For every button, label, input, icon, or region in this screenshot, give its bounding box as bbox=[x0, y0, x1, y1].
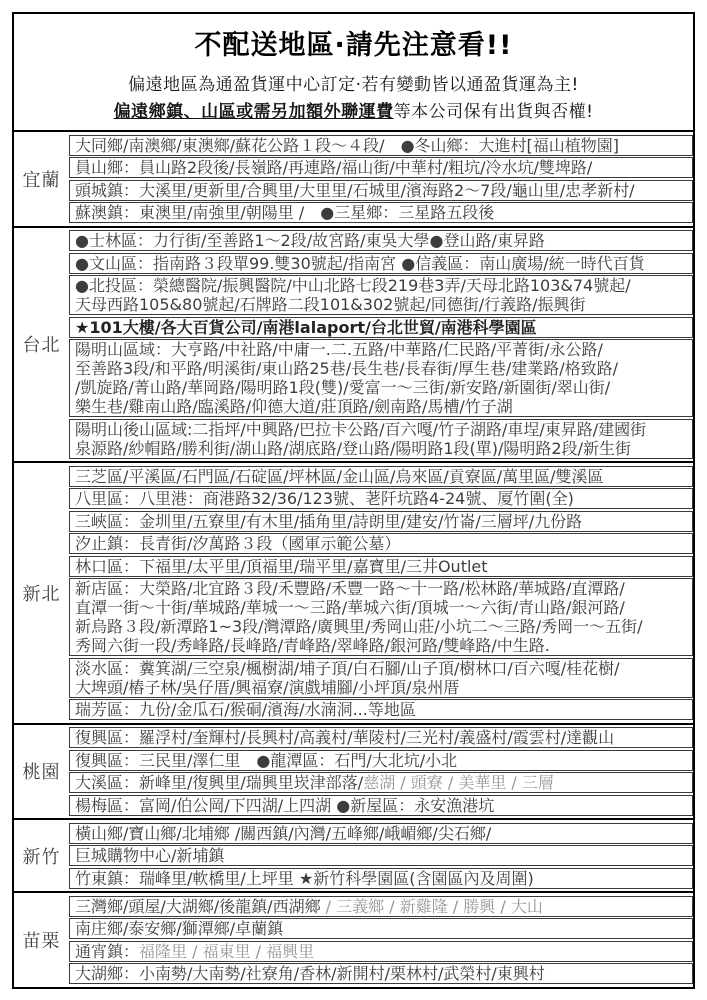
region-section: 新竹橫山鄉/寶山鄉/北埔鄉 /關西鎮/內灣/五峰鄉/峨嵋鄉/尖石鄉/巨城購物中心… bbox=[14, 820, 693, 893]
area-text: 復興區：羅浮村/奎輝村/長興村/高義村/華陵村/三光村/義盛村/霞雲村/達觀山 bbox=[75, 728, 614, 747]
area-text: 南庄鄉/泰安鄉/獅潭鄉/卓蘭鎮 bbox=[75, 919, 283, 938]
area-cell: 巨城購物中心/新埔鎮 bbox=[69, 845, 693, 866]
area-line: 大同鄉/南澳鄉/東澳鄉/蘇花公路１段～４段/ ●冬山鄉：大進村[福山植物園] bbox=[75, 136, 687, 155]
area-cell: 復興區：三民里/澤仁里 ●龍潭區：石門/大北坑/小北 bbox=[69, 750, 693, 771]
region-section: 新北三芝區/平溪區/石門區/石碇區/坪林區/金山區/烏來區/貢寮區/萬里區/雙溪… bbox=[14, 463, 693, 725]
area-text: / 三義鄉 / 新雞隆 / 勝興 / 大山 bbox=[321, 897, 543, 916]
area-cell: 新店區：大榮路/北宜路３段/禾豐路/禾豐一路～十一路/松林路/華城路/直潭路/直… bbox=[69, 578, 693, 656]
region-area-list: ●士林區：力行街/至善路1～2段/故宮路/東吳大學●登山路/東昇路●文山區：指南… bbox=[69, 228, 693, 462]
region-name: 桃園 bbox=[14, 725, 69, 819]
area-text: ●士林區：力行街/至善路1～2段/故宮路/東吳大學●登山路/東昇路 bbox=[75, 231, 545, 250]
area-cell: 楊梅區：富岡/伯公岡/下四湖/上四湖 ●新屋區：永安漁港坑 bbox=[69, 795, 693, 816]
area-text: 復興區：三民里/澤仁里 ●龍潭區：石門/大北坑/小北 bbox=[75, 751, 457, 770]
area-text: 福隆里 / 福東里 / 福興里 bbox=[139, 942, 314, 961]
non-delivery-table: 宜蘭大同鄉/南澳鄉/東澳鄉/蘇花公路１段～４段/ ●冬山鄉：大進村[福山植物園]… bbox=[14, 132, 693, 987]
area-line: 大埤頭/樁子林/吳仔厝/興福寮/演戲埔腳/小坪頂/泉州厝 bbox=[75, 678, 687, 697]
area-text: /凱旋路/菁山路/華岡路/陽明路1段(雙)/愛富一～三街/新安路/新園街/翠山街… bbox=[75, 378, 610, 397]
area-cell: 陽明山區域：大亨路/中社路/中庸一.二.五路/中華路/仁民路/平菁街/永公路/至… bbox=[69, 339, 693, 417]
area-cell: 三芝區/平溪區/石門區/石碇區/坪林區/金山區/烏來區/貢寮區/萬里區/雙溪區 bbox=[69, 466, 693, 487]
region-area-list: 三灣鄉/頭屋/大湖鄉/後龍鎮/西湖鄉 / 三義鄉 / 新雞隆 / 勝興 / 大山… bbox=[69, 893, 693, 987]
area-cell: 淡水區：糞箕湖/三空泉/楓樹湖/埔子頂/白石腳/山子頂/樹林口/百六嘎/桂花樹/… bbox=[69, 658, 693, 698]
area-line: 至善路3段/和平路/明溪街/東山路25巷/長生巷/長春街/厚生巷/建業路/格致路… bbox=[75, 359, 687, 378]
area-text: 蘇澳鎮：東澳里/南強里/朝陽里 / ●三星鄉：三星路五段後 bbox=[75, 203, 494, 222]
region-name: 台北 bbox=[14, 228, 69, 462]
area-line: 林口區：下福里/太平里/頂福里/瑞平里/嘉寶里/三井Outlet bbox=[75, 557, 687, 576]
area-text: 秀岡六街一段/秀峰路/長峰路/青峰路/翠峰路/銀河路/雙峰路/中生路. bbox=[75, 636, 550, 655]
area-cell: 頭城鎮：大溪里/更新里/合興里/大里里/石城里/濱海路2～7段/龜山里/忠孝新村… bbox=[69, 180, 693, 201]
non-delivery-notice-sheet: 不配送地區·請先注意看!! 偏遠地區為通盈貨運中心訂定·若有變動皆以通盈貨運為主… bbox=[12, 12, 695, 989]
area-line: 頭城鎮：大溪里/更新里/合興里/大里里/石城里/濱海路2～7段/龜山里/忠孝新村… bbox=[75, 181, 687, 200]
area-text: 瑞芳區：九份/金瓜石/猴硐/濱海/水湳洞...等地區 bbox=[75, 700, 416, 719]
region-area-list: 大同鄉/南澳鄉/東澳鄉/蘇花公路１段～４段/ ●冬山鄉：大進村[福山植物園]員山… bbox=[69, 132, 693, 226]
area-cell: 竹東鎮：瑞峰里/軟橋里/上坪里 ★新竹科學園區(含園區內及周圍) bbox=[69, 868, 693, 889]
area-cell: 蘇澳鎮：東澳里/南強里/朝陽里 / ●三星鄉：三星路五段後 bbox=[69, 202, 693, 223]
area-line: 蘇澳鎮：東澳里/南強里/朝陽里 / ●三星鄉：三星路五段後 bbox=[75, 203, 687, 222]
area-line: 橫山鄉/寶山鄉/北埔鄉 /關西鎮/內灣/五峰鄉/峨嵋鄉/尖石鄉/ bbox=[75, 824, 687, 843]
area-line: ●北投區：榮總醫院/振興醫院/中山北路七段219巷3弄/天母北路103&74號起… bbox=[75, 276, 687, 295]
area-text: 橫山鄉/寶山鄉/北埔鄉 /關西鎮/內灣/五峰鄉/峨嵋鄉/尖石鄉/ bbox=[75, 824, 491, 843]
area-text: 至善路3段/和平路/明溪街/東山路25巷/長生巷/長春街/厚生巷/建業路/格致路… bbox=[75, 359, 618, 378]
area-text: 三峽區：金圳里/五寮里/有木里/插角里/詩朗里/建安/竹崙/三層坪/九份路 bbox=[75, 512, 582, 531]
area-line: 楊梅區：富岡/伯公岡/下四湖/上四湖 ●新屋區：永安漁港坑 bbox=[75, 796, 687, 815]
region-name: 新北 bbox=[14, 463, 69, 723]
area-text: 楊梅區：富岡/伯公岡/下四湖/上四湖 ●新屋區：永安漁港坑 bbox=[75, 796, 494, 815]
area-line: 陽明山區域：大亨路/中社路/中庸一.二.五路/中華路/仁民路/平菁街/永公路/ bbox=[75, 340, 687, 359]
area-cell: ●士林區：力行街/至善路1～2段/故宮路/東吳大學●登山路/東昇路 bbox=[69, 230, 693, 251]
area-cell: 大湖鄉：小南勢/大南勢/社寮角/香林/新開村/栗林村/武榮村/東興村 bbox=[69, 963, 693, 984]
area-text: 三灣鄉/頭屋/大湖鄉/後龍鎮/西湖鄉 bbox=[75, 897, 321, 916]
area-line: 復興區：三民里/澤仁里 ●龍潭區：石門/大北坑/小北 bbox=[75, 751, 687, 770]
area-line: 天母西路105&80號起/石牌路二段101&302號起/同德街/行義路/振興街 bbox=[75, 295, 687, 314]
region-section: 宜蘭大同鄉/南澳鄉/東澳鄉/蘇花公路１段～４段/ ●冬山鄉：大進村[福山植物園]… bbox=[14, 132, 693, 228]
area-text: ★101大樓/各大百貨公司/南港lalaport/台北世貿/南港科學園區 bbox=[75, 318, 537, 337]
area-line: 新烏路３段/新潭路1~3段/灣潭路/廣興里/秀岡山莊/小坑二～三路/秀岡一～五街… bbox=[75, 617, 687, 636]
region-area-list: 三芝區/平溪區/石門區/石碇區/坪林區/金山區/烏來區/貢寮區/萬里區/雙溪區八… bbox=[69, 463, 693, 723]
area-line: 復興區：羅浮村/奎輝村/長興村/高義村/華陵村/三光村/義盛村/霞雲村/達觀山 bbox=[75, 728, 687, 747]
area-line: 八里區：八里港：商港路32/36/123號、荖阡坑路4-24號、厦竹圍(全) bbox=[75, 489, 687, 508]
region-name: 宜蘭 bbox=[14, 132, 69, 226]
area-line: 陽明山後山區域:二指坪/中興路/巴拉卡公路/百六嘎/竹子湖路/車埕/東昇路/建國… bbox=[75, 420, 687, 439]
area-cell: ●文山區：指南路３段單99.雙30號起/指南宮 ●信義區：南山廣場/統一時代百貨 bbox=[69, 253, 693, 274]
area-text: ●文山區：指南路３段單99.雙30號起/指南宮 ●信義區：南山廣場/統一時代百貨 bbox=[75, 254, 645, 273]
area-line: 汐止鎮：長青街/汐萬路３段（國軍示範公墓） bbox=[75, 534, 687, 553]
area-line: 直潭一街～十街/華城路/華城一～三路/華城六街/頂城一～六街/青山路/銀河路/ bbox=[75, 598, 687, 617]
area-line: ●士林區：力行街/至善路1～2段/故宮路/東吳大學●登山路/東昇路 bbox=[75, 231, 687, 250]
area-text: 汐止鎮：長青街/汐萬路３段（國軍示範公墓） bbox=[75, 534, 400, 553]
region-section: 苗栗三灣鄉/頭屋/大湖鄉/後龍鎮/西湖鄉 / 三義鄉 / 新雞隆 / 勝興 / … bbox=[14, 893, 693, 987]
area-line: 大湖鄉：小南勢/大南勢/社寮角/香林/新開村/栗林村/武榮村/東興村 bbox=[75, 964, 687, 983]
area-cell: ●北投區：榮總醫院/振興醫院/中山北路七段219巷3弄/天母北路103&74號起… bbox=[69, 275, 693, 315]
area-line: 新店區：大榮路/北宜路３段/禾豐路/禾豐一路～十一路/松林路/華城路/直潭路/ bbox=[75, 579, 687, 598]
area-text: 大同鄉/南澳鄉/東澳鄉/蘇花公路１段～４段/ ●冬山鄉：大進村[福山植物園] bbox=[75, 136, 619, 155]
area-line: 三芝區/平溪區/石門區/石碇區/坪林區/金山區/烏來區/貢寮區/萬里區/雙溪區 bbox=[75, 467, 687, 486]
area-text: 員山鄉：員山路2段後/長嶺路/再連路/福山街/中華村/粗坑/冷水坑/雙埤路/ bbox=[75, 158, 592, 177]
area-text: 慈湖 / 頭寮 / 美華里 / 三層 bbox=[363, 773, 554, 792]
area-text: 淡水區：糞箕湖/三空泉/楓樹湖/埔子頂/白石腳/山子頂/樹林口/百六嘎/桂花樹/ bbox=[75, 659, 620, 678]
region-section: 桃園復興區：羅浮村/奎輝村/長興村/高義村/華陵村/三光村/義盛村/霞雲村/達觀… bbox=[14, 725, 693, 821]
page-title: 不配送地區·請先注意看!! bbox=[14, 23, 693, 62]
area-text: 頭城鎮：大溪里/更新里/合興里/大里里/石城里/濱海路2～7段/龜山里/忠孝新村… bbox=[75, 181, 635, 200]
area-line: 樂生巷/雞南山路/臨溪路/仰德大道/莊頂路/劍南路/馬槽/竹子湖 bbox=[75, 397, 687, 416]
region-section: 台北●士林區：力行街/至善路1～2段/故宮路/東吳大學●登山路/東昇路●文山區：… bbox=[14, 228, 693, 464]
area-cell: 大同鄉/南澳鄉/東澳鄉/蘇花公路１段～４段/ ●冬山鄉：大進村[福山植物園] bbox=[69, 135, 693, 156]
area-text: 大溪區：新峰里/復興里/瑞興里崁津部落/ bbox=[75, 773, 363, 792]
area-cell: 陽明山後山區域:二指坪/中興路/巴拉卡公路/百六嘎/竹子湖路/車埕/東昇路/建國… bbox=[69, 419, 693, 459]
area-text: 直潭一街～十街/華城路/華城一～三路/華城六街/頂城一～六街/青山路/銀河路/ bbox=[75, 598, 625, 617]
region-area-list: 橫山鄉/寶山鄉/北埔鄉 /關西鎮/內灣/五峰鄉/峨嵋鄉/尖石鄉/巨城購物中心/新… bbox=[69, 820, 693, 891]
area-cell: ★101大樓/各大百貨公司/南港lalaport/台北世貿/南港科學園區 bbox=[69, 317, 693, 338]
area-line: 三峽區：金圳里/五寮里/有木里/插角里/詩朗里/建安/竹崙/三層坪/九份路 bbox=[75, 512, 687, 531]
area-text: 八里區：八里港：商港路32/36/123號、荖阡坑路4-24號、厦竹圍(全) bbox=[75, 489, 574, 508]
area-cell: 員山鄉：員山路2段後/長嶺路/再連路/福山街/中華村/粗坑/冷水坑/雙埤路/ bbox=[69, 157, 693, 178]
area-line: 員山鄉：員山路2段後/長嶺路/再連路/福山街/中華村/粗坑/冷水坑/雙埤路/ bbox=[75, 158, 687, 177]
area-text: 新烏路３段/新潭路1~3段/灣潭路/廣興里/秀岡山莊/小坑二～三路/秀岡一～五街… bbox=[75, 617, 643, 636]
area-line: 竹東鎮：瑞峰里/軟橋里/上坪里 ★新竹科學園區(含園區內及周圍) bbox=[75, 869, 687, 888]
region-name: 新竹 bbox=[14, 820, 69, 891]
area-line: /凱旋路/菁山路/華岡路/陽明路1段(雙)/愛富一～三街/新安路/新園街/翠山街… bbox=[75, 378, 687, 397]
area-cell: 南庄鄉/泰安鄉/獅潭鄉/卓蘭鎮 bbox=[69, 918, 693, 939]
area-cell: 通宵鎮：福隆里 / 福東里 / 福興里 bbox=[69, 941, 693, 962]
area-line: ●文山區：指南路３段單99.雙30號起/指南宮 ●信義區：南山廣場/統一時代百貨 bbox=[75, 254, 687, 273]
area-text: 樂生巷/雞南山路/臨溪路/仰德大道/莊頂路/劍南路/馬槽/竹子湖 bbox=[75, 397, 513, 416]
area-text: 天母西路105&80號起/石牌路二段101&302號起/同德街/行義路/振興街 bbox=[75, 295, 586, 314]
area-line: 三灣鄉/頭屋/大湖鄉/後龍鎮/西湖鄉 / 三義鄉 / 新雞隆 / 勝興 / 大山 bbox=[75, 897, 687, 916]
area-text: 陽明山區域：大亨路/中社路/中庸一.二.五路/中華路/仁民路/平菁街/永公路/ bbox=[75, 340, 603, 359]
area-text: 新店區：大榮路/北宜路３段/禾豐路/禾豐一路～十一路/松林路/華城路/直潭路/ bbox=[75, 579, 625, 598]
area-line: 大溪區：新峰里/復興里/瑞興里崁津部落/慈湖 / 頭寮 / 美華里 / 三層 bbox=[75, 773, 687, 792]
area-line: 淡水區：糞箕湖/三空泉/楓樹湖/埔子頂/白石腳/山子頂/樹林口/百六嘎/桂花樹/ bbox=[75, 659, 687, 678]
area-line: 秀岡六街一段/秀峰路/長峰路/青峰路/翠峰路/銀河路/雙峰路/中生路. bbox=[75, 636, 687, 655]
area-line: 通宵鎮：福隆里 / 福東里 / 福興里 bbox=[75, 942, 687, 961]
area-text: 大埤頭/樁子林/吳仔厝/興福寮/演戲埔腳/小坪頂/泉州厝 bbox=[75, 678, 459, 697]
region-area-list: 復興區：羅浮村/奎輝村/長興村/高義村/華陵村/三光村/義盛村/霞雲村/達觀山復… bbox=[69, 725, 693, 819]
area-line: 巨城購物中心/新埔鎮 bbox=[75, 846, 687, 865]
area-text: 竹東鎮：瑞峰里/軟橋里/上坪里 ★新竹科學園區(含園區內及周圍) bbox=[75, 869, 534, 888]
area-cell: 汐止鎮：長青街/汐萬路３段（國軍示範公墓） bbox=[69, 533, 693, 554]
region-name: 苗栗 bbox=[14, 893, 69, 987]
area-text: 通宵鎮： bbox=[75, 942, 139, 961]
notice-line-1: 偏遠地區為通盈貨運中心訂定·若有變動皆以通盈貨運為主! bbox=[14, 70, 693, 95]
area-cell: 三灣鄉/頭屋/大湖鄉/後龍鎮/西湖鄉 / 三義鄉 / 新雞隆 / 勝興 / 大山 bbox=[69, 896, 693, 917]
area-cell: 瑞芳區：九份/金瓜石/猴硐/濱海/水湳洞...等地區 bbox=[69, 699, 693, 720]
area-text: ●北投區：榮總醫院/振興醫院/中山北路七段219巷3弄/天母北路103&74號起… bbox=[75, 276, 631, 295]
area-cell: 復興區：羅浮村/奎輝村/長興村/高義村/華陵村/三光村/義盛村/霞雲村/達觀山 bbox=[69, 727, 693, 748]
notice-line-2-emphasis: 偏遠鄉鎮、山區或需另加額外聯運費 bbox=[114, 102, 394, 122]
area-text: 泉源路/紗帽路/勝利街/湖山路/湖底路/登山路/陽明路1段(單)/陽明路2段/新… bbox=[75, 439, 631, 458]
area-line: ★101大樓/各大百貨公司/南港lalaport/台北世貿/南港科學園區 bbox=[75, 318, 687, 337]
area-cell: 橫山鄉/寶山鄉/北埔鄉 /關西鎮/內灣/五峰鄉/峨嵋鄉/尖石鄉/ bbox=[69, 823, 693, 844]
area-cell: 大溪區：新峰里/復興里/瑞興里崁津部落/慈湖 / 頭寮 / 美華里 / 三層 bbox=[69, 772, 693, 793]
area-text: 巨城購物中心/新埔鎮 bbox=[75, 846, 224, 865]
area-text: 林口區：下福里/太平里/頂福里/瑞平里/嘉寶里/三井Outlet bbox=[75, 557, 488, 576]
area-text: 陽明山後山區域:二指坪/中興路/巴拉卡公路/百六嘎/竹子湖路/車埕/東昇路/建國… bbox=[75, 420, 646, 439]
area-line: 瑞芳區：九份/金瓜石/猴硐/濱海/水湳洞...等地區 bbox=[75, 700, 687, 719]
notice-header: 不配送地區·請先注意看!! 偏遠地區為通盈貨運中心訂定·若有變動皆以通盈貨運為主… bbox=[14, 14, 693, 132]
area-text: 三芝區/平溪區/石門區/石碇區/坪林區/金山區/烏來區/貢寮區/萬里區/雙溪區 bbox=[75, 467, 604, 486]
area-line: 泉源路/紗帽路/勝利街/湖山路/湖底路/登山路/陽明路1段(單)/陽明路2段/新… bbox=[75, 439, 687, 458]
area-cell: 林口區：下福里/太平里/頂福里/瑞平里/嘉寶里/三井Outlet bbox=[69, 556, 693, 577]
area-line: 南庄鄉/泰安鄉/獅潭鄉/卓蘭鎮 bbox=[75, 919, 687, 938]
area-cell: 三峽區：金圳里/五寮里/有木里/插角里/詩朗里/建安/竹崙/三層坪/九份路 bbox=[69, 511, 693, 532]
notice-line-2: 偏遠鄉鎮、山區或需另加額外聯運費等本公司保有出貨與否權! bbox=[14, 97, 693, 122]
area-cell: 八里區：八里港：商港路32/36/123號、荖阡坑路4-24號、厦竹圍(全) bbox=[69, 488, 693, 509]
notice-line-2-rest: 等本公司保有出貨與否權! bbox=[394, 102, 594, 122]
area-text: 大湖鄉：小南勢/大南勢/社寮角/香林/新開村/栗林村/武榮村/東興村 bbox=[75, 964, 545, 983]
